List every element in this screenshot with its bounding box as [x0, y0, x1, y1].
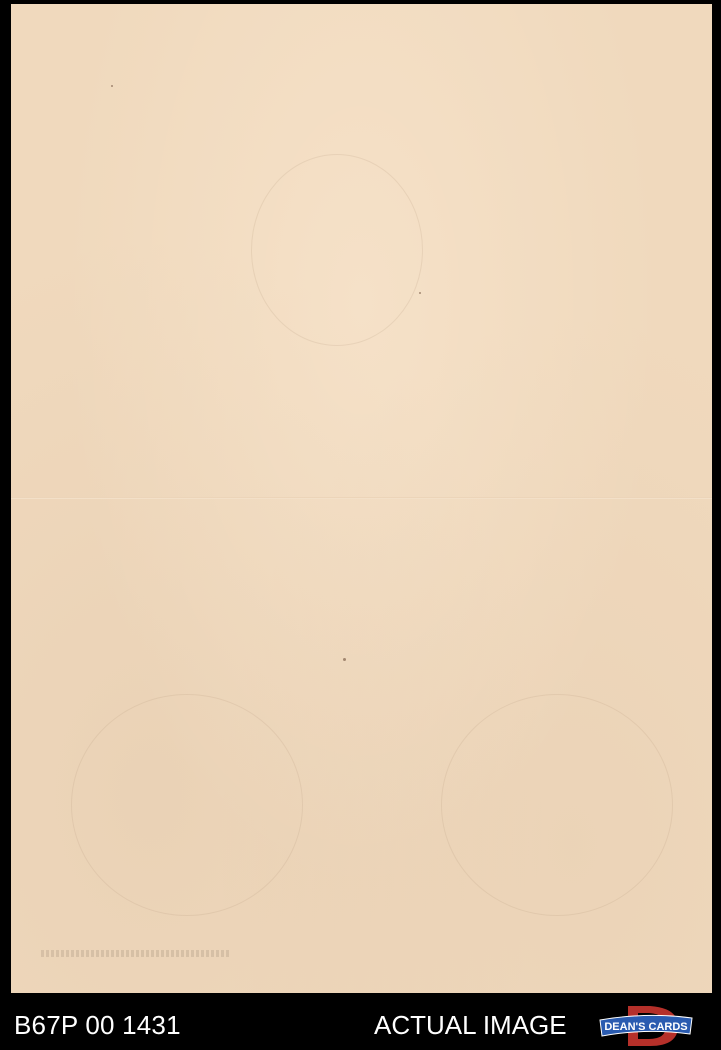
- fold-crease: [11, 497, 712, 499]
- speck: [343, 658, 346, 661]
- actual-image-caption: ACTUAL IMAGE: [374, 1010, 567, 1041]
- item-code: B67P 00 1431: [14, 1010, 181, 1041]
- card-back-image: [11, 4, 712, 993]
- faint-show-through-figure: [251, 154, 423, 346]
- faint-show-through-text: [41, 950, 231, 957]
- deans-cards-logo-icon: DEAN'S CARDS: [598, 1002, 694, 1048]
- speck: [419, 292, 421, 294]
- svg-text:DEAN'S CARDS: DEAN'S CARDS: [604, 1021, 687, 1033]
- speck: [111, 85, 113, 87]
- faint-show-through-circle: [441, 694, 673, 916]
- faint-show-through-circle: [71, 694, 303, 916]
